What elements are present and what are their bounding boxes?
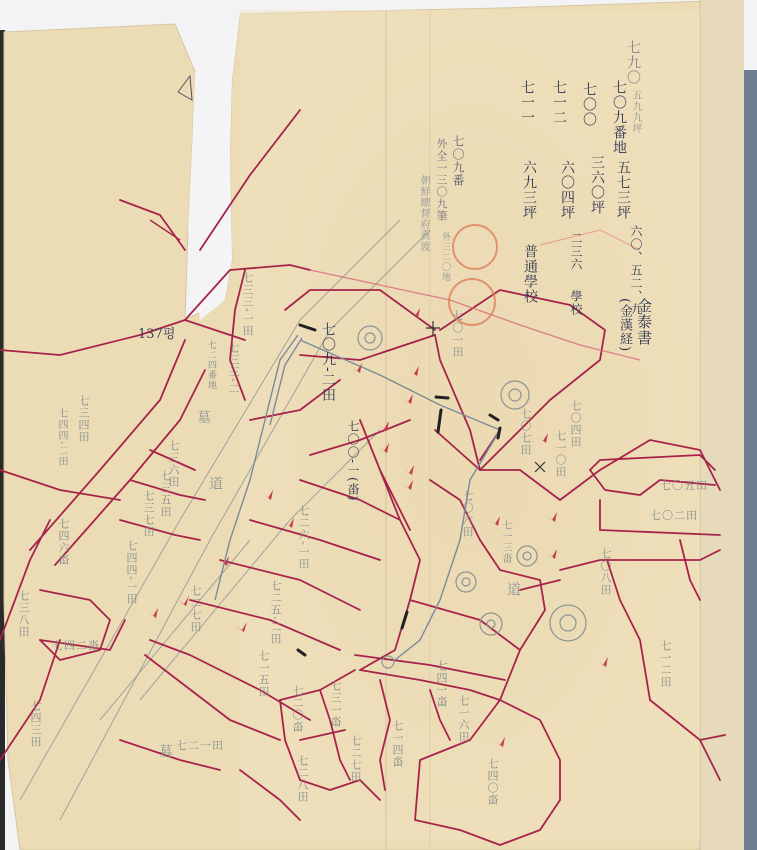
parcel-label: 七二一田 [176, 740, 224, 751]
parcel-label: 七二七田 [190, 585, 201, 633]
parcel-label: 七〇二田 [650, 510, 698, 521]
note-column: 外三二〇地 [440, 232, 449, 282]
grave-label: 墓 [196, 410, 210, 425]
note-column: 七九〇 [626, 40, 640, 85]
parcel-label: 七四四-二田 [56, 408, 66, 467]
note-column: 七〇九番地 [612, 80, 626, 155]
parcel-label: 七三三-二 [228, 342, 239, 395]
owner-alt-name: (金漢経) [618, 298, 631, 352]
parcel-label: 七二五-二田 [270, 580, 281, 645]
parcel-label: 七〇六田 [462, 490, 473, 538]
parcel-label: 七四二畓 [52, 640, 100, 651]
note-column: 普通學校 [523, 244, 537, 304]
note-column: 外全一三〇九筆 [436, 138, 447, 222]
parcel-label: 七〇五田 [660, 480, 708, 491]
parcel-label: 七四六畓 [58, 518, 69, 566]
parcel-label: 七一四畓 [392, 720, 403, 768]
scanned-map-document: 七九〇 五九九坪 七〇九番地 五七三坪 六〇、五二、九 七〇〇 三六〇坪 七一二… [0, 0, 757, 850]
note-column: 七一二 [552, 80, 566, 125]
parcel-label: 七四一畓 [436, 660, 447, 708]
parcel-label: 七二六-一田 [298, 505, 309, 570]
area-label: 137평 [138, 323, 175, 342]
map-drawing [0, 0, 757, 850]
parcel-label: 七四〇畓 [487, 758, 498, 806]
owner-name: 金泰書 [636, 298, 651, 346]
note-column: 七〇九番 [452, 135, 464, 187]
parcel-label: 七〇四田 [570, 400, 581, 448]
note-column: 五七三坪 [616, 160, 630, 220]
parcel-label: 七三一畓 [330, 680, 341, 728]
parcel-label: 七〇八田 [600, 548, 611, 596]
note-column: 六九三坪 [522, 160, 536, 220]
parcel-label: 七〇〇-一(畓) [347, 420, 359, 501]
parcel-label: 七一二田 [660, 640, 671, 688]
note-column: 學校 [570, 290, 582, 316]
parcel-label: 七二八田 [297, 755, 308, 803]
parcel-label: 七三七田 [143, 490, 154, 538]
note-column: 朝鮮總督府賣渡 [418, 175, 428, 252]
parcel-label: 七二七田 [350, 735, 361, 783]
parcel-label: 七三四田 [78, 395, 89, 443]
grave-label: 墓 [158, 744, 172, 759]
parcel-label: 七四四-一田 [126, 540, 137, 605]
road-label: 道 [506, 582, 520, 597]
parcel-label: 七三八田 [18, 590, 29, 638]
parcel-label: 七二四番地 [206, 340, 215, 390]
parcel-label: 七三三-一田 [242, 272, 253, 337]
note-column: 七一一 [520, 80, 534, 125]
parcel-label: 七〇七田 [520, 408, 531, 456]
parcel-label: 七二〇畓 [292, 685, 303, 733]
parcel-label: 七一六田 [458, 695, 469, 743]
parcel-label: 七四三田 [30, 700, 41, 748]
parcel-label: 七〇九-二田 [321, 322, 335, 403]
note-column: 五九九坪 [630, 90, 640, 134]
note-column: 二三六 [570, 232, 582, 271]
parcel-label: 七一三畓 [500, 520, 510, 564]
note-column: 六〇四坪 [560, 160, 574, 220]
note-column: 七〇〇 [582, 82, 596, 127]
parcel-label: 七〇一田 [452, 310, 463, 358]
seal-stamp [452, 224, 498, 270]
parcel-label: 七一〇田 [555, 430, 566, 478]
note-column: 三六〇坪 [590, 155, 604, 215]
parcel-label: 七一五田 [258, 650, 269, 698]
road-label: 道 [208, 476, 222, 491]
parcel-label: 七三五田 [160, 470, 171, 518]
